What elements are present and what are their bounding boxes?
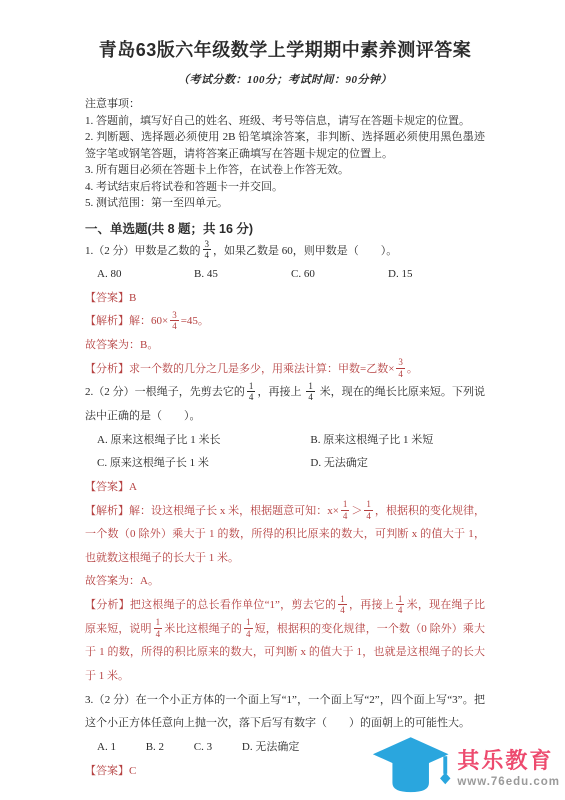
fraction-denominator: 4	[396, 369, 405, 379]
question-2-options: A. 原来这根绳子比 1 米长 B. 原来这根绳子比 1 米短 C. 原来这根绳…	[85, 429, 485, 476]
question-2-answer: 【答案】A	[85, 476, 485, 500]
fraction: 14	[154, 617, 163, 639]
exam-answer-page: 青岛63版六年级数学上学期期中素养测评答案 （考试分数：100分；考试时间：90…	[0, 0, 565, 800]
fraction-denominator: 4	[338, 605, 347, 615]
page-content: 青岛63版六年级数学上学期期中素养测评答案 （考试分数：100分；考试时间：90…	[0, 0, 565, 783]
question-1-stem: 1.（2 分）甲数是乙数的34，如果乙数是 60，则甲数是（ ）。	[85, 240, 485, 264]
fraction-numerator: 1	[338, 594, 347, 605]
option-d: D. 无法确定	[310, 452, 367, 476]
notice-item-3: 3. 所有题目必须在答题卡上作答，在试卷上作答无效。	[85, 162, 485, 179]
options-row: A. 原来这根绳子比 1 米长 B. 原来这根绳子比 1 米短	[85, 429, 485, 453]
fraction-numerator: 1	[396, 594, 405, 605]
stem-text: ，如果乙数是 60，则甲数是（ ）。	[213, 245, 397, 257]
option-c: C. 3	[194, 741, 212, 753]
fraction: 14	[338, 594, 347, 616]
fraction-numerator: 1	[154, 617, 163, 628]
notice-heading: 注意事项：	[85, 96, 485, 113]
fraction-numerator: 1	[247, 381, 256, 392]
fraction-numerator: 1	[306, 381, 315, 392]
option-d: D. 15	[388, 263, 485, 287]
fraction-denominator: 4	[341, 511, 350, 521]
fraction-denominator: 4	[154, 629, 163, 639]
question-2-stem: 2.（2 分）一根绳子，先剪去它的14，再接上 14 米，现在的绳长比原来短。下…	[85, 381, 485, 428]
fraction-numerator: 3	[170, 310, 179, 321]
fraction: 34	[203, 239, 212, 261]
analysis-text: 米比这根绳子的	[164, 623, 242, 635]
fraction-denominator: 4	[364, 511, 373, 521]
option-b: B. 2	[146, 741, 164, 753]
analysis-text: ，再接上	[349, 599, 394, 611]
analysis-text: 【分析】求一个数的几分之几是多少，用乘法计算：甲数=乙数×	[85, 363, 394, 375]
option-b: B. 45	[194, 263, 291, 287]
fraction-denominator: 4	[244, 629, 253, 639]
fraction: 34	[170, 310, 179, 332]
notice-section: 注意事项： 1. 答题前，填写好自己的姓名、班级、考号等信息，请写在答题卡规定的…	[85, 96, 485, 212]
question-3-stem: 3.（2 分）在一个小正方体的一个面上写“1”，一个面上写“2”，四个面上写“3…	[85, 689, 485, 736]
fraction-numerator: 1	[244, 617, 253, 628]
explanation-text: =45。	[181, 315, 209, 327]
option-a: A. 80	[97, 263, 194, 287]
fraction-numerator: 3	[203, 239, 212, 250]
page-title: 青岛63版六年级数学上学期期中素养测评答案	[85, 36, 485, 62]
fraction: 14	[396, 594, 405, 616]
analysis-text: 。	[407, 363, 418, 375]
stem-text: 1.（2 分）甲数是乙数的	[85, 245, 201, 257]
option-c: C. 原来这根绳子长 1 米	[97, 452, 310, 476]
fraction: 14	[306, 381, 315, 403]
fraction: 14	[364, 499, 373, 521]
fraction-numerator: 1	[364, 499, 373, 510]
fraction-denominator: 4	[306, 392, 315, 402]
fraction-denominator: 4	[170, 321, 179, 331]
fraction: 14	[247, 381, 256, 403]
option-a: A. 原来这根绳子比 1 米长	[97, 429, 310, 453]
options-row: C. 原来这根绳子长 1 米 D. 无法确定	[85, 452, 485, 476]
stem-text: 2.（2 分）一根绳子，先剪去它的	[85, 386, 245, 398]
logo-text-block: 其乐教育 www.76edu.com	[457, 744, 560, 788]
fraction: 14	[244, 617, 253, 639]
fraction: 34	[396, 357, 405, 379]
question-1-conclusion: 故答案为：B。	[85, 334, 485, 358]
question-2-analysis: 【分析】把这根绳子的总长看作单位“1”，剪去它的14，再接上14米，现在绳子比原…	[85, 594, 485, 689]
stem-text: ，再接上	[257, 386, 304, 398]
question-1: 1.（2 分）甲数是乙数的34，如果乙数是 60，则甲数是（ ）。 A. 80 …	[85, 240, 485, 382]
option-b: B. 原来这根绳子比 1 米短	[310, 429, 433, 453]
question-2-explanation: 【解析】解：设这根绳子长 x 米，根据题意可知：x×14＞14，根据积的变化规律…	[85, 500, 485, 571]
option-a: A. 1	[97, 741, 116, 753]
exam-meta: （考试分数：100分；考试时间：90分钟）	[85, 71, 485, 87]
notice-item-4: 4. 考试结束后将试卷和答题卡一并交回。	[85, 179, 485, 196]
site-logo: 其乐教育 www.76edu.com	[371, 736, 560, 796]
notice-item-2: 2. 判断题、选择题必须使用 2B 铅笔填涂答案，非判断、选择题必须使用黑色墨迹…	[85, 129, 485, 162]
question-2-conclusion: 故答案为：A。	[85, 570, 485, 594]
section-1-heading: 一、单选题(共 8 题；共 16 分)	[85, 219, 485, 237]
notice-item-5: 5. 测试范围：第一至四单元。	[85, 195, 485, 212]
question-1-answer: 【答案】B	[85, 287, 485, 311]
explanation-text: 【解析】解：设这根绳子长 x 米，根据题意可知：x×	[85, 505, 339, 517]
fraction-denominator: 4	[247, 392, 256, 402]
fraction: 14	[341, 499, 350, 521]
explanation-text: 【解析】解：60×	[85, 315, 168, 327]
fraction-numerator: 1	[341, 499, 350, 510]
logo-website: www.76edu.com	[457, 776, 560, 788]
option-c: C. 60	[291, 263, 388, 287]
fraction-numerator: 3	[396, 357, 405, 368]
option-d: D. 无法确定	[242, 741, 299, 753]
question-1-analysis: 【分析】求一个数的几分之几是多少，用乘法计算：甲数=乙数×34。	[85, 358, 485, 382]
logo-brand: 其乐教育	[457, 744, 560, 775]
analysis-text: 【分析】把这根绳子的总长看作单位“1”，剪去它的	[85, 599, 336, 611]
question-2: 2.（2 分）一根绳子，先剪去它的14，再接上 14 米，现在的绳长比原来短。下…	[85, 381, 485, 688]
question-1-options: A. 80 B. 45 C. 60 D. 15	[85, 263, 485, 287]
fraction-denominator: 4	[203, 250, 212, 260]
notice-item-1: 1. 答题前，填写好自己的姓名、班级、考号等信息，请写在答题卡规定的位置。	[85, 113, 485, 130]
question-1-explanation: 【解析】解：60×34=45。	[85, 310, 485, 334]
graduation-cap-icon	[371, 736, 453, 796]
explanation-text: ＞	[351, 505, 362, 517]
fraction-denominator: 4	[396, 605, 405, 615]
